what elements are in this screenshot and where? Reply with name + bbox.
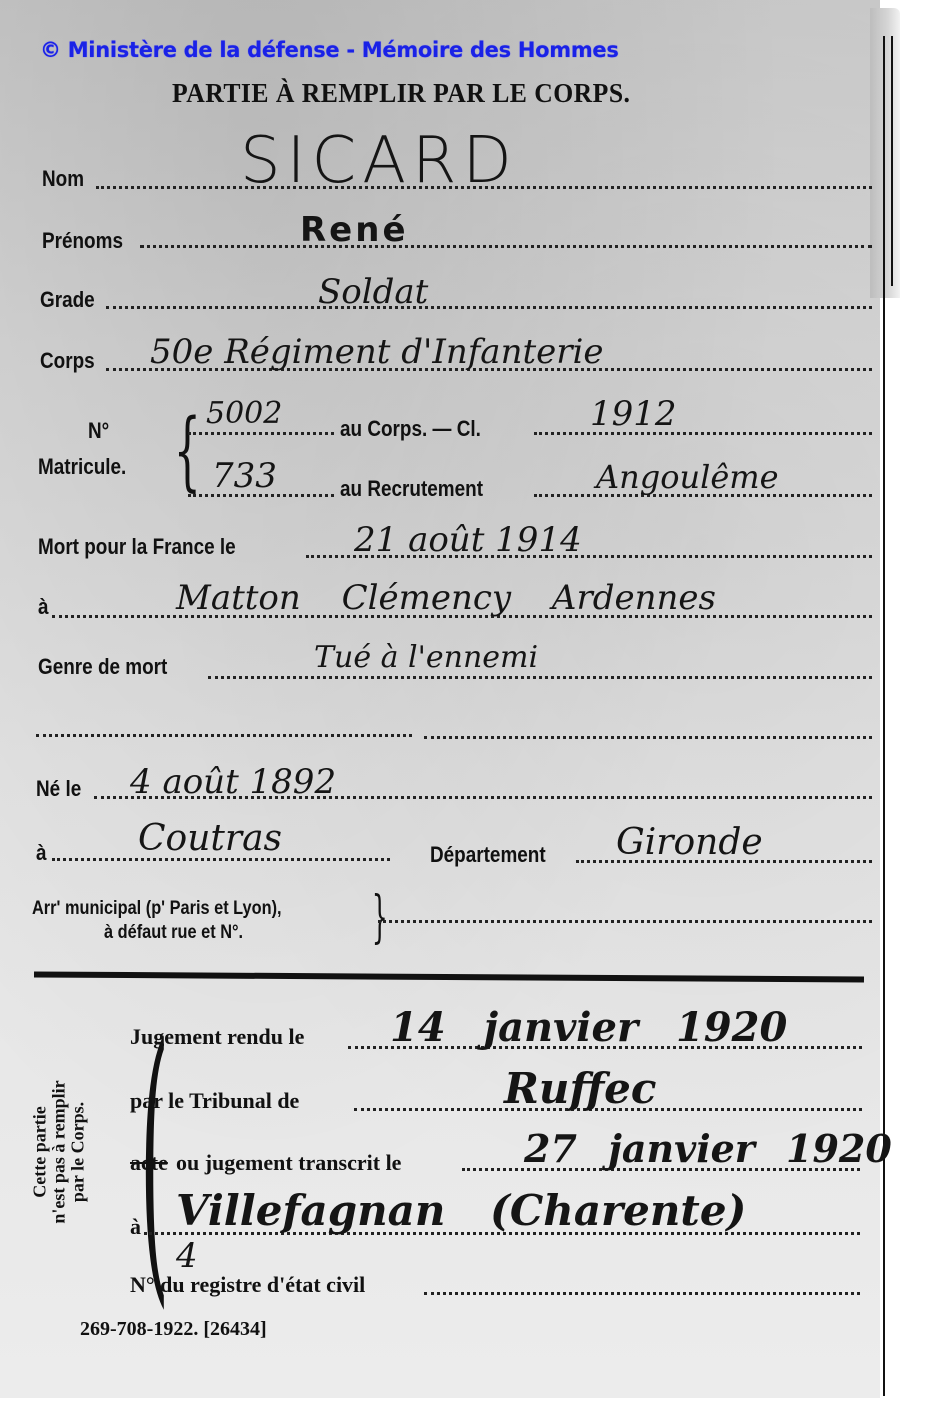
label-tribunal: par le Tribunal de: [130, 1088, 299, 1114]
matricule-brace: {: [174, 408, 201, 494]
label-prenoms: Prénoms: [42, 228, 123, 254]
side-note: Cette partie n'est pas à remplir par le …: [4, 1052, 114, 1252]
label-transcrit: ou jugement transcrit le: [176, 1150, 401, 1176]
label-mort-le: Mort pour la France le: [38, 534, 236, 560]
label-nom: Nom: [42, 166, 84, 192]
print-code: 269-708-1922. [26434]: [80, 1318, 267, 1341]
dotted-line-blank-1: [36, 734, 412, 737]
right-border-line-inner: [891, 36, 893, 286]
label-departement: Département: [430, 842, 546, 868]
value-ne-a: Coutras: [138, 818, 282, 859]
side-note-line-2: n'est pas à remplir: [50, 1080, 69, 1223]
value-transcrit: 27 janvier 1920: [524, 1126, 892, 1171]
section-heading: PARTIE À REMPLIR PAR LE CORPS.: [172, 78, 630, 109]
copyright-watermark: © Ministère de la défense - Mémoire des …: [40, 38, 619, 62]
dotted-line-prenoms: [140, 245, 872, 248]
value-prenoms: René: [300, 210, 409, 250]
label-au-corps-cl: au Corps. — Cl.: [340, 416, 481, 442]
label-matricule: Matricule.: [38, 454, 126, 480]
label-ne-le: Né le: [36, 776, 81, 802]
value-jugement-rendu: 14 janvier 1920: [390, 1004, 787, 1051]
card-tab-edge: [870, 8, 900, 298]
label-registre: N° du registre d'état civil: [130, 1272, 365, 1298]
label-lieu: à: [130, 1214, 141, 1240]
value-ne-le: 4 août 1892: [130, 762, 336, 802]
value-lieu: Villefagnan (Charente): [176, 1186, 746, 1235]
arrondissement-brace: }: [372, 890, 388, 946]
label-jugement-rendu: Jugement rendu le: [130, 1024, 304, 1050]
label-no: N°: [88, 418, 109, 444]
label-transcrit-struck: acte: [130, 1150, 168, 1176]
right-border-line: [883, 36, 885, 1396]
dotted-line-genre-mort: [208, 676, 872, 679]
value-corps: 50e Régiment d'Infanterie: [150, 332, 604, 372]
label-genre-mort: Genre de mort: [38, 654, 167, 680]
label-ne-a: à: [36, 840, 47, 866]
value-mort-le: 21 août 1914: [354, 520, 582, 560]
label-arrondissement-2: à défaut rue et N°.: [104, 922, 243, 944]
value-tribunal: Ruffec: [504, 1064, 656, 1113]
value-classe: 1912: [590, 394, 677, 434]
side-note-line-3: par le Corps.: [69, 1080, 88, 1223]
dotted-line-classe: [534, 432, 872, 435]
label-arrondissement-1: Arr' municipal (p' Paris et Lyon),: [32, 898, 282, 920]
value-nom: SICARD: [240, 124, 518, 198]
dotted-line-arrondissement: [378, 920, 872, 923]
dotted-line-blank-2: [424, 736, 872, 739]
value-recrutement-number: 733: [212, 456, 277, 496]
label-grade: Grade: [40, 287, 95, 313]
value-grade: Soldat: [318, 272, 428, 312]
dotted-line-registre: [424, 1292, 860, 1295]
value-genre-mort: Tué à l'ennemi: [314, 640, 538, 675]
value-mort-a: Matton Clémency Ardennes: [176, 578, 716, 618]
value-registre: 4: [176, 1236, 198, 1276]
dotted-line-corps-number: [188, 432, 334, 435]
side-note-line-1: Cette partie: [31, 1080, 50, 1223]
value-departement: Gironde: [616, 822, 763, 863]
label-mort-a: à: [38, 594, 49, 620]
label-au-recrutement: au Recrutement: [340, 476, 483, 502]
dotted-line-grade: [106, 306, 872, 309]
value-recrutement-place: Angoulême: [596, 458, 779, 496]
label-corps: Corps: [40, 348, 95, 374]
value-corps-number: 5002: [206, 396, 282, 431]
